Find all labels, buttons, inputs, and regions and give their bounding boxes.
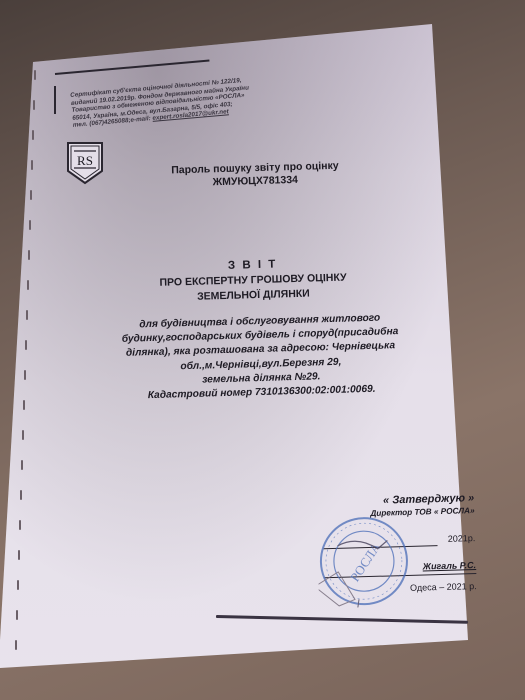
svg-text:РОСЛА: РОСЛА: [347, 539, 384, 584]
stamp-seal-icon: РОСЛА: [317, 514, 412, 609]
search-password-block: Пароль пошуку звіту про оцінку ЖМУЮЦХ781…: [135, 159, 376, 192]
report-title-block: З В І Т ПРО ЕКСПЕРТНУ ГРОШОВУ ОЦІНКУ ЗЕМ…: [117, 254, 388, 307]
signatory-name: Жигаль Р.С.: [423, 560, 477, 571]
property-description: для будівництва і обслуговування житлово…: [107, 311, 414, 405]
approval-year: 2021р.: [448, 533, 476, 544]
company-stamp: РОСЛА: [317, 514, 412, 609]
document-body: Пароль пошуку звіту про оцінку ЖМУЮЦХ781…: [0, 0, 525, 700]
